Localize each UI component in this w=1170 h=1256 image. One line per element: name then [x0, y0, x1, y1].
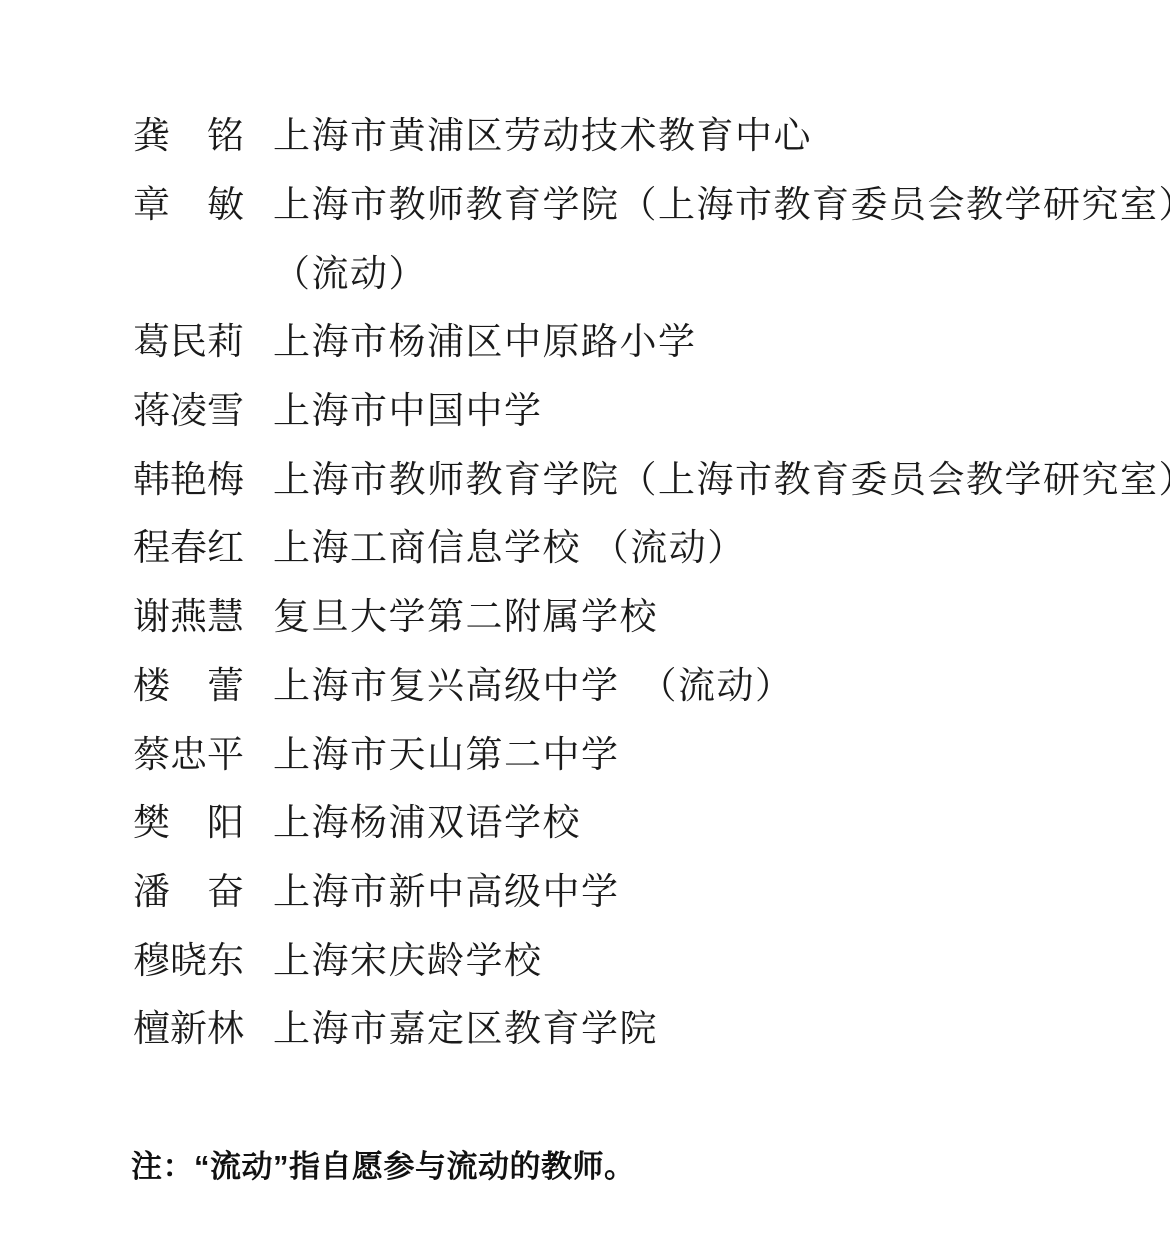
- institution: 上海市复兴高级中学 （流动）: [273, 655, 794, 709]
- teacher-name: 穆晓东: [133, 930, 245, 984]
- institution: 上海市天山第二中学: [273, 724, 620, 778]
- institution: 上海市杨浦区中原路小学: [273, 311, 697, 365]
- list-item: 章 敏 上海市教师教育学院（上海市教育委员会教学研究室）: [133, 167, 1170, 236]
- teacher-name: 楼 蕾: [133, 655, 245, 709]
- list-item: 龚 铭 上海市黄浦区劳动技术教育中心: [133, 98, 1170, 167]
- teacher-name: 程春红: [133, 517, 245, 571]
- teacher-name: 谢燕慧: [133, 586, 245, 640]
- footnote: 注：“流动”指自愿参与流动的教师。: [131, 1141, 636, 1186]
- institution: 上海杨浦双语学校: [273, 792, 581, 846]
- teacher-name: 檀新林: [133, 998, 245, 1052]
- institution: 上海市教师教育学院（上海市教育委员会教学研究室）: [273, 449, 1170, 503]
- institution: 上海市新中高级中学: [273, 861, 620, 915]
- institution: 上海宋庆龄学校: [273, 930, 543, 984]
- teacher-name: 樊 阳: [133, 792, 245, 846]
- institution: 上海市黄浦区劳动技术教育中心: [273, 105, 812, 159]
- institution: 上海工商信息学校 （流动）: [273, 517, 746, 571]
- institution: 上海市嘉定区教育学院: [273, 998, 658, 1052]
- list-item: 蔡忠平 上海市天山第二中学: [133, 716, 1170, 785]
- teacher-name: 蒋凌雪: [133, 380, 245, 434]
- teacher-name: 韩艳梅: [133, 449, 245, 503]
- list-item: 穆晓东 上海宋庆龄学校: [133, 922, 1170, 991]
- teacher-name: 葛民莉: [133, 311, 245, 365]
- teacher-name: 龚 铭: [133, 105, 245, 159]
- list-item: 韩艳梅 上海市教师教育学院（上海市教育委员会教学研究室）: [133, 441, 1170, 510]
- list-item: 檀新林 上海市嘉定区教育学院: [133, 991, 1170, 1060]
- teacher-name: 潘 奋: [133, 861, 245, 915]
- institution: 复旦大学第二附属学校: [273, 586, 658, 640]
- list-item: 葛民莉 上海市杨浦区中原路小学: [133, 304, 1170, 373]
- list-item: 蒋凌雪 上海市中国中学: [133, 373, 1170, 442]
- list-item: 程春红 上海工商信息学校 （流动）: [133, 510, 1170, 579]
- list-item: 谢燕慧 复旦大学第二附属学校: [133, 579, 1170, 648]
- list-item: 楼 蕾 上海市复兴高级中学 （流动）: [133, 648, 1170, 717]
- teacher-roster-list: 龚 铭 上海市黄浦区劳动技术教育中心 章 敏 上海市教师教育学院（上海市教育委员…: [133, 98, 1170, 1060]
- institution: 上海市中国中学: [273, 380, 543, 434]
- list-item-continuation: （流动）: [133, 235, 1170, 304]
- institution-continuation: （流动）: [273, 243, 427, 297]
- document-page: 龚 铭 上海市黄浦区劳动技术教育中心 章 敏 上海市教师教育学院（上海市教育委员…: [0, 0, 1170, 1256]
- list-item: 潘 奋 上海市新中高级中学: [133, 854, 1170, 923]
- list-item: 樊 阳 上海杨浦双语学校: [133, 785, 1170, 854]
- institution: 上海市教师教育学院（上海市教育委员会教学研究室）: [273, 174, 1170, 228]
- teacher-name: 章 敏: [133, 174, 245, 228]
- teacher-name: 蔡忠平: [133, 724, 245, 778]
